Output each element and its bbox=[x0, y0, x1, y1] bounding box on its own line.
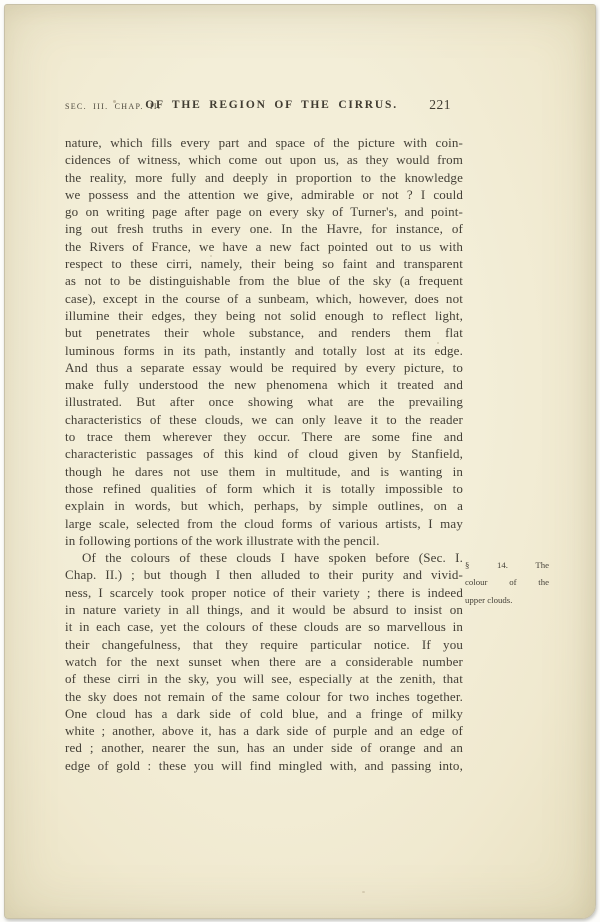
text-line: those refined qualities of form which it… bbox=[65, 480, 463, 497]
book-page: SEC. III. CHAP. II. OF THE REGION OF THE… bbox=[4, 4, 596, 919]
text-line: in nature variety in all things, and it … bbox=[65, 601, 463, 618]
text-line: illustrated. But after once showing what… bbox=[65, 393, 463, 410]
scan-speck bbox=[362, 891, 365, 893]
text-line: nature, which fills every part and space… bbox=[65, 134, 463, 151]
text-line: Chap. II.) ; but though I then alluded t… bbox=[65, 566, 463, 583]
text-line: to trace them wherever they occur. There… bbox=[65, 428, 463, 445]
text-line: One cloud has a dark side of cold blue, … bbox=[65, 705, 463, 722]
text-line: ness, I scarcely took proper notice of t… bbox=[65, 584, 463, 601]
text-line: in following portions of the work illust… bbox=[65, 532, 463, 549]
text-line: ing out fresh truths in every one. In th… bbox=[65, 220, 463, 237]
paragraph: nature, which fills every part and space… bbox=[65, 134, 463, 549]
text-line: luminous forms in its path, instantly an… bbox=[65, 342, 463, 359]
text-line: white ; another, above it, has a dark si… bbox=[65, 722, 463, 739]
text-line: of these cirri in the sky, you will see,… bbox=[65, 670, 463, 687]
scan-speck bbox=[210, 255, 212, 257]
text-line: And thus a separate essay would be requi… bbox=[65, 359, 463, 376]
text-line: the reality, more fully and deeply in pr… bbox=[65, 169, 463, 186]
text-line: cidences of witness, which come out upon… bbox=[65, 151, 463, 168]
text-line: respect to these cirri, namely, their be… bbox=[65, 255, 463, 272]
text-line: red ; another, nearer the sun, has an un… bbox=[65, 739, 463, 756]
scan-speck bbox=[437, 342, 439, 344]
text-line: but penetrates their whole substance, an… bbox=[65, 324, 463, 341]
text-line: as not to be distinguishable from the bl… bbox=[65, 272, 463, 289]
text-line: characteristic passages of this kind of … bbox=[65, 445, 463, 462]
text-line: go on writing page after page on every s… bbox=[65, 203, 463, 220]
text-line: Of the colours of these clouds I have sp… bbox=[65, 549, 463, 566]
text-line: the sky does not remain of the same colo… bbox=[65, 688, 463, 705]
text-line: colour of the bbox=[465, 574, 549, 591]
text-line: case), except in the course of a sunbeam… bbox=[65, 290, 463, 307]
text-line: it in each case, yet the colours of thes… bbox=[65, 618, 463, 635]
text-line: § 14. The bbox=[465, 557, 549, 574]
text-line: characteristics of these clouds, we can … bbox=[65, 411, 463, 428]
scan-frame: SEC. III. CHAP. II. OF THE REGION OF THE… bbox=[0, 0, 600, 922]
page-number: 221 bbox=[429, 97, 451, 113]
margin-note-section-14: § 14. Thecolour of theupper clouds. bbox=[465, 557, 549, 609]
text-line: upper clouds. bbox=[465, 592, 549, 609]
text-line: make fully understood the new phenomena … bbox=[65, 376, 463, 393]
text-line: the Rivers of France, we have a new fact… bbox=[65, 238, 463, 255]
running-header: SEC. III. CHAP. II. OF THE REGION OF THE… bbox=[65, 97, 463, 117]
page-title: OF THE REGION OF THE CIRRUS. bbox=[145, 99, 398, 111]
text-line: edge of gold : these you will find mingl… bbox=[65, 757, 463, 774]
scan-speck bbox=[113, 100, 116, 103]
body-text: nature, which fills every part and space… bbox=[65, 134, 463, 774]
text-line: their changefulness, that they require p… bbox=[65, 636, 463, 653]
text-line: large scale, selected from the cloud for… bbox=[65, 515, 463, 532]
paragraph: Of the colours of these clouds I have sp… bbox=[65, 549, 463, 774]
text-line: watch for the next sunset when there are… bbox=[65, 653, 463, 670]
text-line: explain in words, but which, perhaps, by… bbox=[65, 497, 463, 514]
text-line: we possess and the attention we give, ad… bbox=[65, 186, 463, 203]
text-line: illumine their edges, they being not sol… bbox=[65, 307, 463, 324]
text-line: though he dares not use them in multitud… bbox=[65, 463, 463, 480]
